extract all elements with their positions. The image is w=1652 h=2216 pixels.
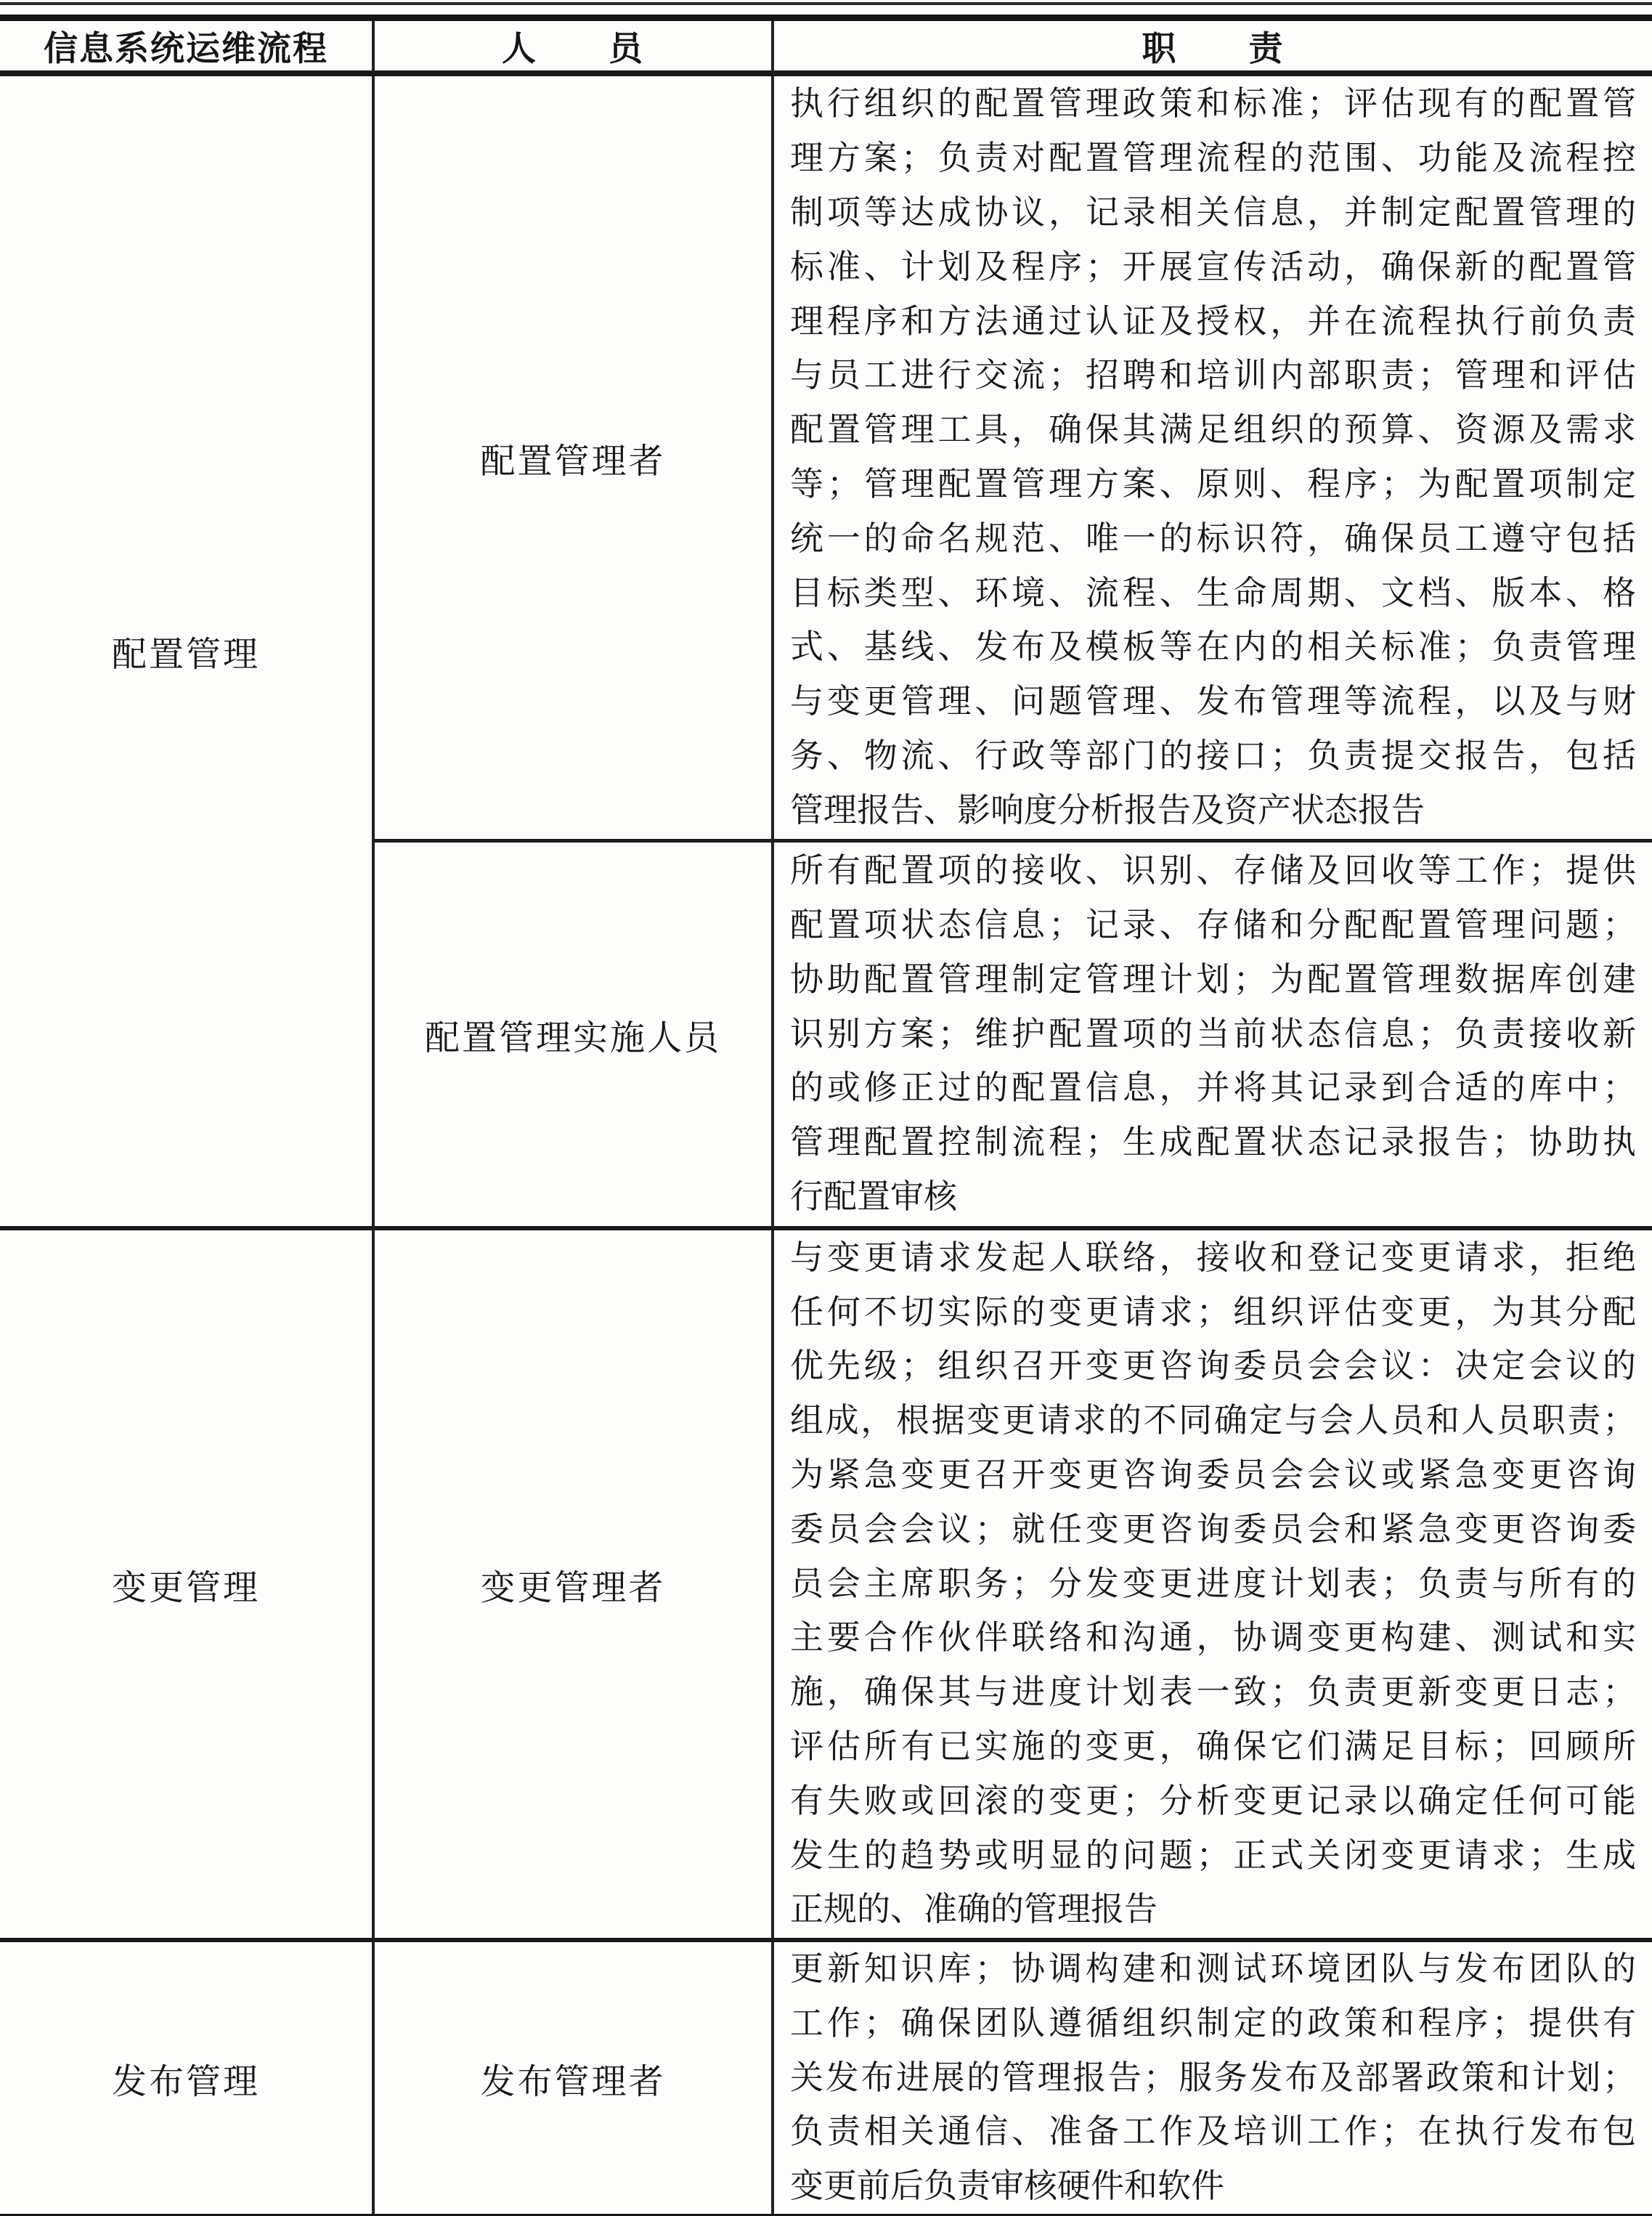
duty-text-line: 协助配置管理制定管理计划；为配置管理数据库创建 [790, 953, 1636, 1007]
scanned-table-page: 信息系统运维流程 人 员 职 责 配置管理 配置管理者 执行组织的配置管理政策和… [0, 0, 1652, 2216]
duty-text-line: 委员会会议；就任变更咨询委员会和紧急变更咨询委 [790, 1503, 1636, 1557]
duty-text-line: 理程序和方法通过认证及授权，并在流程执行前负责 [790, 295, 1636, 349]
duty-cell-release-manager: 更新知识库；协调构建和测试环境团队与发布团队的工作；确保团队遵循组织制定的政策和… [774, 1942, 1652, 2214]
duty-text-line: 有失败或回滚的变更；分析变更记录以确定任何可能 [790, 1774, 1636, 1829]
process-cell-change-management: 变更管理 [0, 1230, 375, 1942]
duty-text-line: 制项等达成协议，记录相关信息，并制定配置管理的 [790, 186, 1636, 240]
duty-text-line: 识别方案；维护配置项的当前状态信息；负责接收新 [790, 1007, 1636, 1062]
duty-text-line: 目标类型、环境、流程、生命周期、文档、版本、格 [790, 567, 1636, 621]
role-cell-configuration-manager: 配置管理者 [375, 76, 774, 843]
duty-text-line: 更新知识库；协调构建和测试环境团队与发布团队的 [790, 1942, 1636, 1997]
duty-text-line: 正规的、准确的管理报告 [790, 1883, 1636, 1937]
duty-text-line: 发生的趋势或明显的问题；正式关闭变更请求；生成 [790, 1829, 1636, 1883]
role-cell-release-manager: 发布管理者 [375, 1942, 774, 2214]
duty-text-line: 务、物流、行政等部门的接口；负责提交报告，包括 [790, 729, 1636, 784]
duty-text-line: 配置管理工具，确保其满足组织的预算、资源及需求 [790, 403, 1636, 458]
role-cell-change-manager: 变更管理者 [375, 1230, 774, 1942]
duty-text-line: 工作；确保团队遵循组织制定的政策和程序；提供有 [790, 1997, 1636, 2051]
duty-text-line: 标准、计划及程序；开展宣传活动，确保新的配置管 [790, 240, 1636, 295]
duty-cell-configuration-implementer: 所有配置项的接收、识别、存储及回收等工作；提供配置项状态信息；记录、存储和分配配… [774, 843, 1652, 1230]
duty-text-line: 式、基线、发布及模板等在内的相关标准；负责管理 [790, 620, 1636, 675]
duty-text-line: 等；管理配置管理方案、原则、程序；为配置项制定 [790, 458, 1636, 512]
duty-cell-configuration-manager: 执行组织的配置管理政策和标准；评估现有的配置管理方案；负责对配置管理流程的范围、… [774, 76, 1652, 843]
duty-text-line: 关发布进展的管理报告；服务发布及部署政策和计划； [790, 2051, 1636, 2106]
duty-text-line: 员会主席职务；分发变更进度计划表；负责与所有的 [790, 1557, 1636, 1612]
top-hairline-rule [0, 2, 1652, 5]
duty-text-line: 的或修正过的配置信息，并将其记录到合适的库中； [790, 1061, 1636, 1116]
duty-text-line: 与变更请求发起人联络，接收和登记变更请求，拒绝 [790, 1231, 1636, 1286]
duty-text-line: 与员工进行交流；招聘和培训内部职责；管理和评估 [790, 349, 1636, 403]
duty-text-line: 管理配置控制流程；生成配置状态记录报告；协助执 [790, 1116, 1636, 1170]
header-process: 信息系统运维流程 [0, 21, 375, 76]
duty-text-line: 任何不切实际的变更请求；组织评估变更，为其分配 [790, 1286, 1636, 1340]
duty-text-line: 为紧急变更召开变更咨询委员会会议或紧急变更咨询 [790, 1448, 1636, 1503]
duty-text-line: 优先级；组织召开变更咨询委员会会议：决定会议的 [790, 1339, 1636, 1394]
duty-text-line: 管理报告、影响度分析报告及资产状态报告 [790, 784, 1636, 838]
role-cell-configuration-implementer: 配置管理实施人员 [375, 843, 774, 1230]
duty-text-line: 执行组织的配置管理政策和标准；评估现有的配置管 [790, 77, 1636, 131]
duty-text-line: 与变更管理、问题管理、发布管理等流程，以及与财 [790, 675, 1636, 729]
ops-process-table: 信息系统运维流程 人 员 职 责 配置管理 配置管理者 执行组织的配置管理政策和… [0, 15, 1652, 2216]
duty-text-line: 行配置审核 [790, 1170, 1636, 1225]
process-cell-release-management: 发布管理 [0, 1942, 375, 2214]
duty-text-line: 评估所有已实施的变更，确保它们满足目标；回顾所 [790, 1720, 1636, 1774]
duty-text-line: 统一的命名规范、唯一的标识符，确保员工遵守包括 [790, 512, 1636, 567]
duty-text-line: 主要合作伙伴联络和沟通，协调变更构建、测试和实 [790, 1611, 1636, 1665]
duty-text-line: 施，确保其与进度计划表一致；负责更新变更日志； [790, 1665, 1636, 1720]
duty-text-line: 变更前后负责审核硬件和软件 [790, 2159, 1636, 2214]
duty-cell-change-manager: 与变更请求发起人联络，接收和登记变更请求，拒绝任何不切实际的变更请求；组织评估变… [774, 1230, 1652, 1942]
process-cell-configuration-management: 配置管理 [0, 76, 375, 1230]
header-personnel: 人 员 [375, 21, 774, 76]
duty-text-line: 负责相关通信、准备工作及培训工作；在执行发布包 [790, 2105, 1636, 2159]
duty-text-line: 组成，根据变更请求的不同确定与会人员和人员职责； [790, 1394, 1636, 1448]
duty-text-line: 理方案；负责对配置管理流程的范围、功能及流程控 [790, 131, 1636, 186]
header-duty: 职 责 [774, 21, 1652, 76]
duty-text-line: 配置项状态信息；记录、存储和分配配置管理问题； [790, 898, 1636, 953]
duty-text-line: 所有配置项的接收、识别、存储及回收等工作；提供 [790, 844, 1636, 898]
